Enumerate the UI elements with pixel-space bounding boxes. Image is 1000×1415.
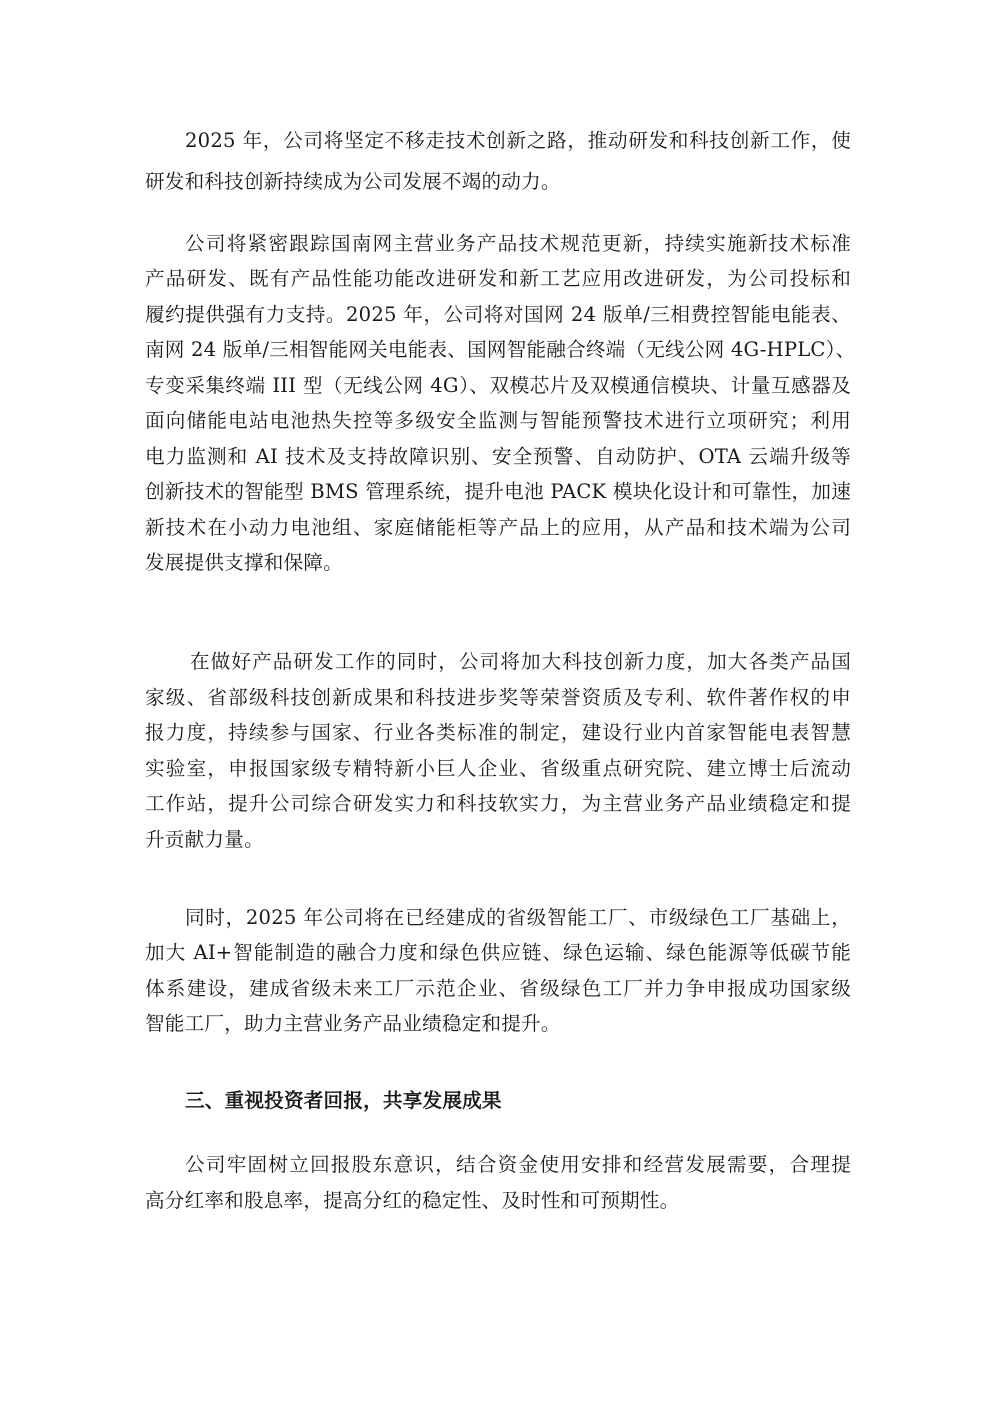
text-line: 研发和科技创新持续成为公司发展不竭的动力。 (145, 170, 561, 194)
text-line: 智能工厂，助力主营业务产品业绩稳定和提升。 (145, 1012, 561, 1036)
text-line: 公司牢固树立回报股东意识，结合资金使用安排和经营发展需要，合理提 (185, 1153, 851, 1177)
text-line: 履约提供强有力支持。2025 年，公司将对国网 24 版单/三相费控智能电能表、 (145, 303, 851, 327)
text-line: 南网 24 版单/三相智能网关电能表、国网智能融合终端（无线公网 4G-HPLC… (145, 338, 851, 362)
text-line: 在做好产品研发工作的同时，公司将加大科技创新力度，加大各类产品国 (190, 650, 851, 674)
text-line: 专变采集终端 III 型（无线公网 4G）、双模芯片及双模通信模块、计量互感器及 (145, 374, 851, 398)
text-line: 家级、省部级科技创新成果和科技进步奖等荣誉资质及专利、软件著作权的申 (145, 686, 851, 710)
text-line: 工作站，提升公司综合研发实力和科技软实力，为主营业务产品业绩稳定和提 (145, 792, 851, 816)
text-line: 新技术在小动力电池组、家庭储能柜等产品上的应用，从产品和技术端为公司 (145, 516, 851, 540)
text-line: 同时，2025 年公司将在已经建成的省级智能工厂、市级绿色工厂基础上， (185, 906, 851, 930)
text-line: 报力度，持续参与国家、行业各类标准的制定，建设行业内首家智能电表智慧 (145, 721, 851, 745)
text-line: 加大 AI+智能制造的融合力度和绿色供应链、绿色运输、绿色能源等低碳节能 (145, 941, 851, 965)
text-line: 发展提供支撑和保障。 (145, 551, 343, 575)
text-line: 电力监测和 AI 技术及支持故障识别、安全预警、自动防护、OTA 云端升级等 (145, 445, 851, 469)
text-line: 体系建设，建成省级未来工厂示范企业、省级绿色工厂并力争申报成功国家级 (145, 977, 851, 1001)
section-heading: 三、重视投资者回报，共享发展成果 (185, 1089, 502, 1113)
text-line: 升贡献力量。 (145, 828, 264, 852)
text-line: 高分红率和股息率，提高分红的稳定性、及时性和可预期性。 (145, 1189, 679, 1213)
text-line: 公司将紧密跟踪国南网主营业务产品技术规范更新，持续实施新技术标准 (185, 232, 851, 256)
text-line: 面向储能电站电池热失控等多级安全监测与智能预警技术进行立项研究；利用 (145, 409, 851, 433)
text-line: 实验室，申报国家级专精特新小巨人企业、省级重点研究院、建立博士后流动 (145, 757, 851, 781)
text-line: 创新技术的智能型 BMS 管理系统，提升电池 PACK 模块化设计和可靠性，加速 (145, 480, 851, 504)
text-line: 产品研发、既有产品性能功能改进研发和新工艺应用改进研发，为公司投标和 (145, 267, 851, 291)
text-line: 2025 年，公司将坚定不移走技术创新之路，推动研发和科技创新工作，使 (185, 129, 851, 153)
